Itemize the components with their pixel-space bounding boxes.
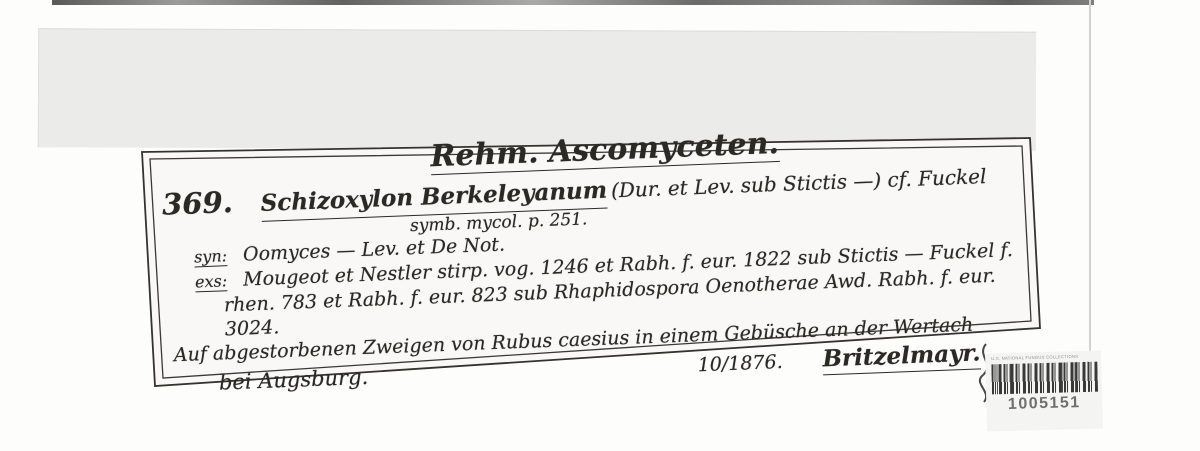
scan-top-edge [52, 0, 1094, 5]
locality: bei Augsburg. [218, 362, 368, 398]
collector-signature: Britzelmayr. [822, 338, 981, 375]
barcode-label: U.S. NATIONAL FUNGUS COLLECTIONS 1005151 [985, 350, 1103, 431]
institution-text: U.S. NATIONAL FUNGUS COLLECTIONS [991, 355, 1048, 360]
exsiccati-label: exs: [195, 271, 228, 292]
barcode [991, 362, 1098, 395]
barcode-number: 1005151 [986, 393, 1102, 414]
scan-right-edge-line [1089, 0, 1091, 368]
specimen-number: 369. [161, 185, 233, 222]
collection-date: 10/1876. [697, 347, 783, 380]
scan-canvas: { "label": { "series_title": "Rehm. Asco… [0, 0, 1200, 451]
synonym-label: syn: [194, 246, 228, 267]
specimen-label: Rehm. Ascomyceten. 369. Schizoxylon Berk… [152, 116, 1041, 401]
